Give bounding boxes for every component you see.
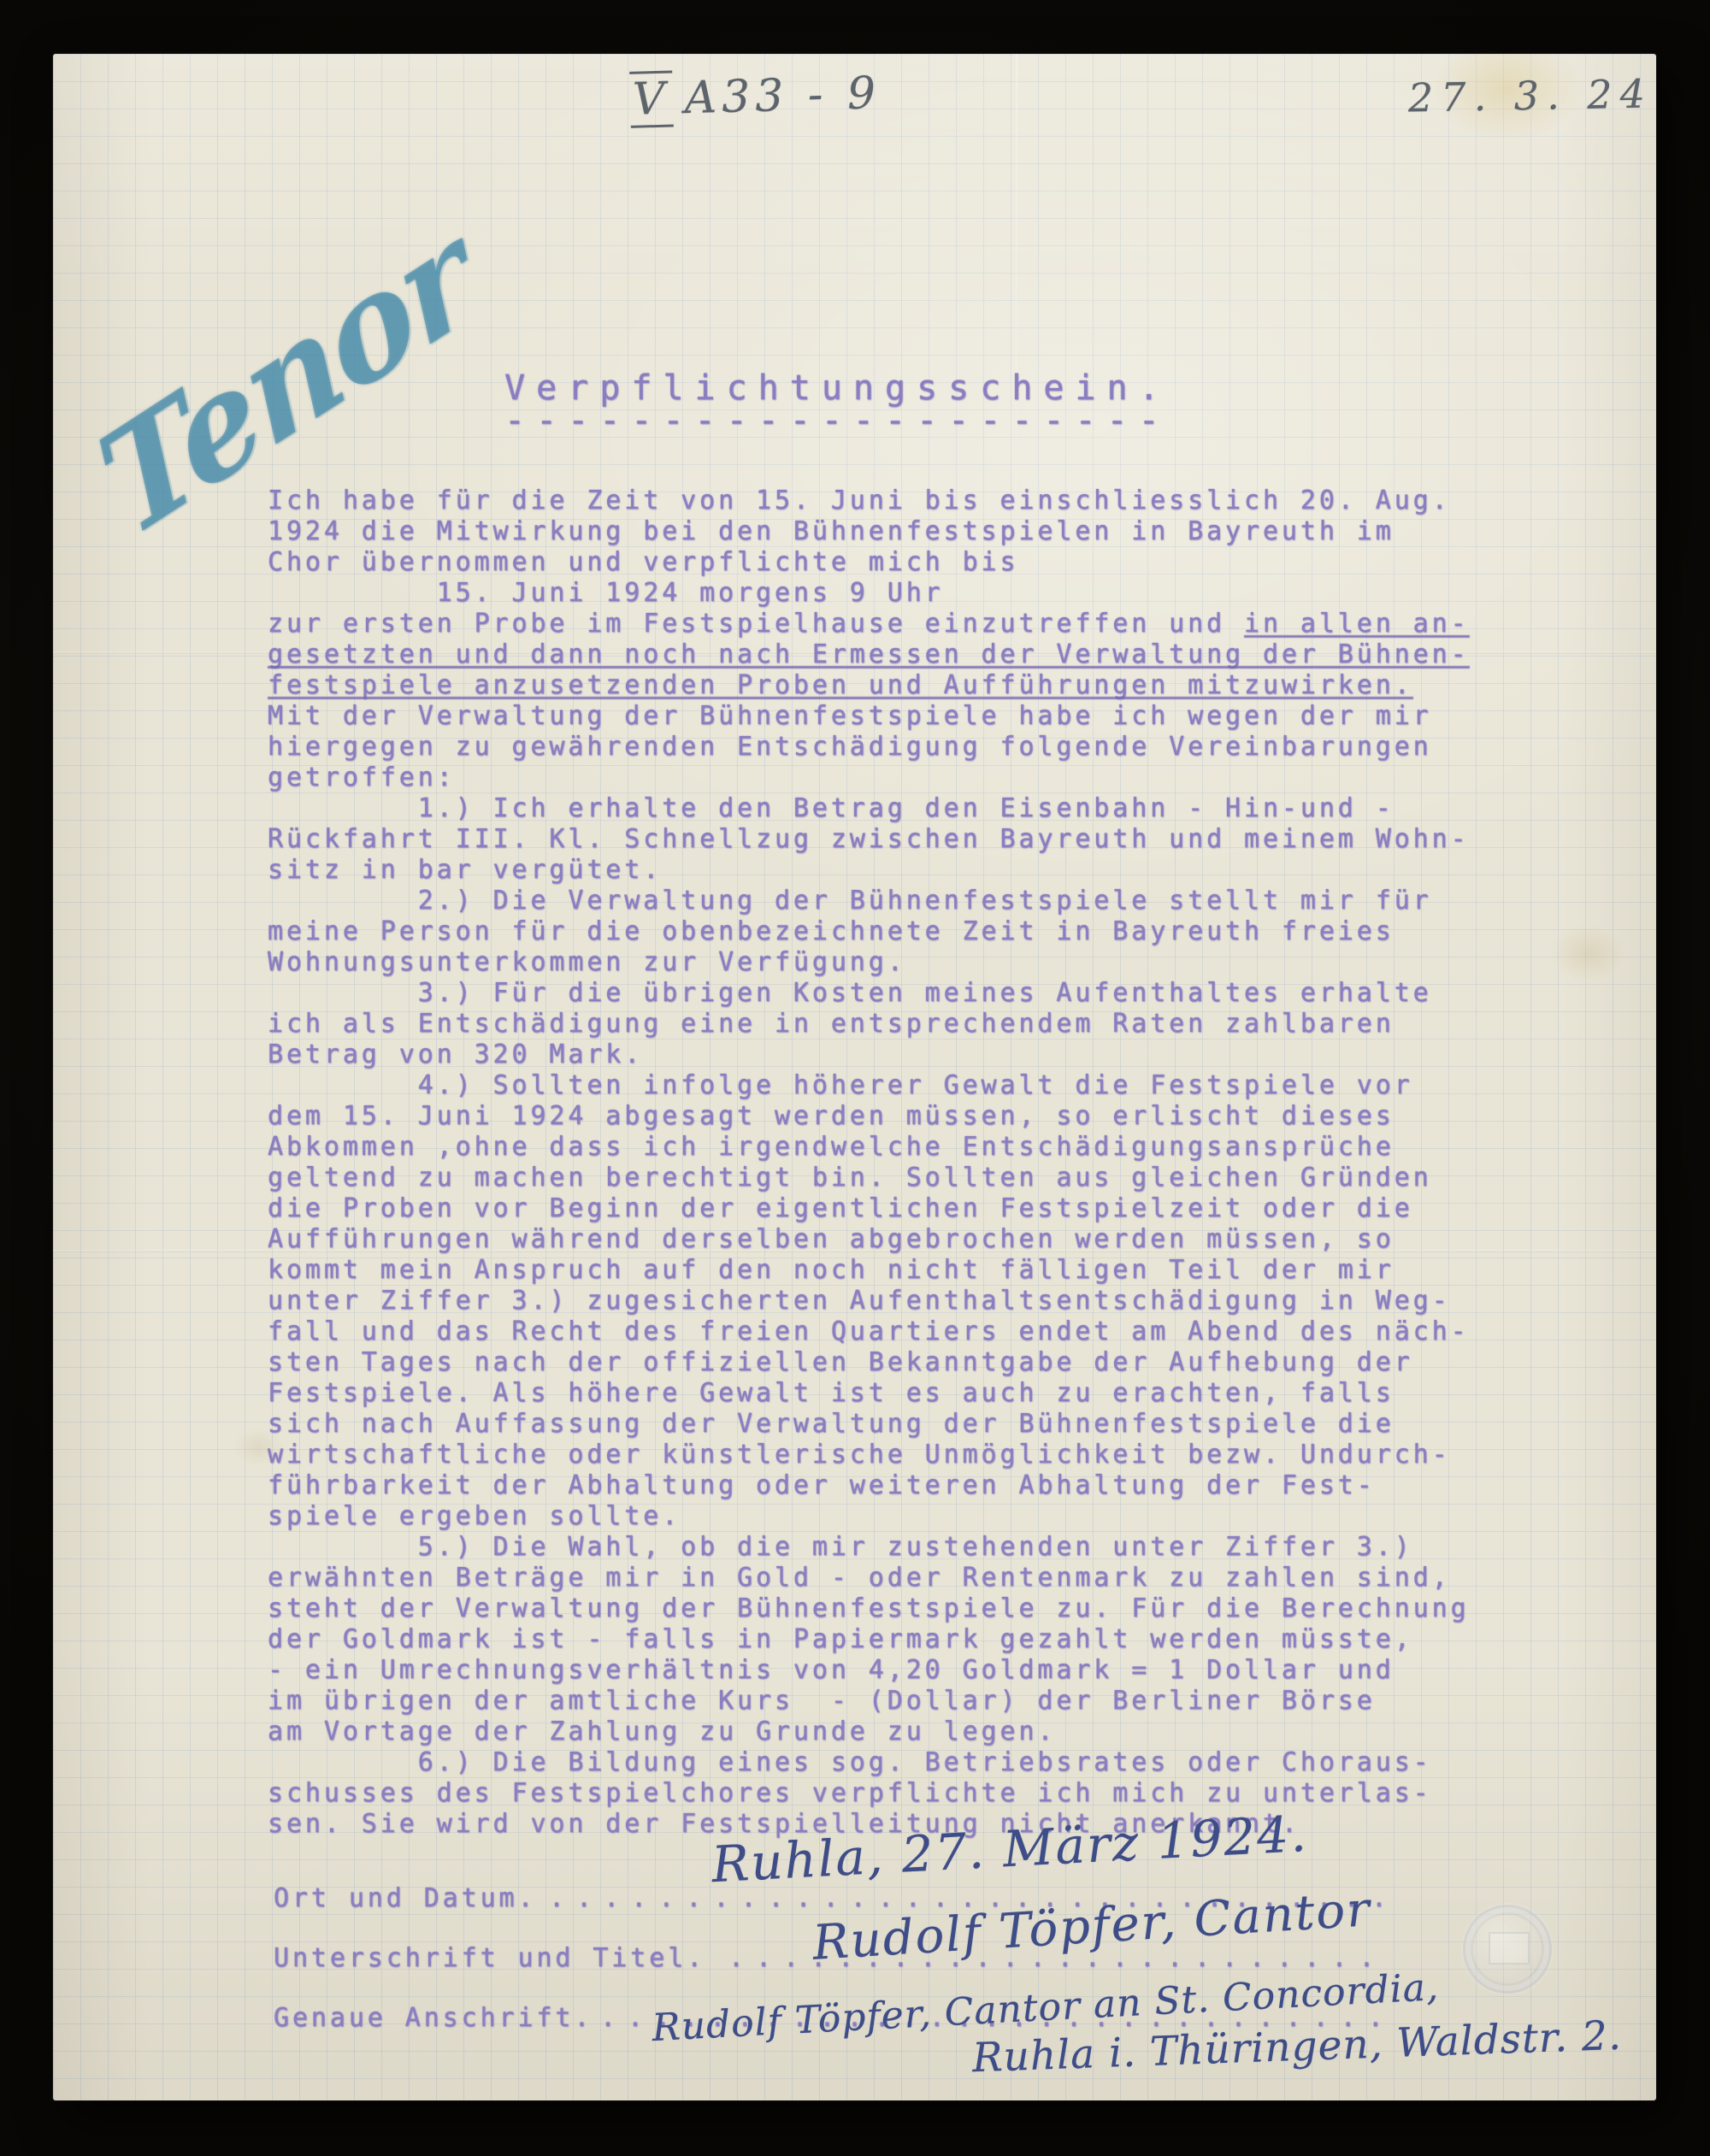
body-text-block: Ich habe für die Zeit von 15. Juni bis e… (268, 486, 1516, 1840)
archive-code: A33 - 9 (684, 68, 882, 124)
letter-paper-sheet: VA33 - 9 27. 3. 24 Tenor Verpflichtungss… (53, 54, 1656, 2100)
archive-reference-mark: VA33 - 9 (629, 68, 881, 126)
label-signature-and-title: Unterschrift und Titel. (274, 1943, 705, 1973)
roman-numeral-five: V (629, 71, 673, 128)
seal-building-emblem (1489, 1932, 1530, 1965)
photographed-document: VA33 - 9 27. 3. 24 Tenor Verpflichtungss… (0, 0, 1710, 2156)
pencil-date-note: 27. 3. 24 (1408, 71, 1654, 121)
label-place-and-date: Ort und Datum. (274, 1883, 536, 1913)
title-underline-dashes: --------------------- (504, 401, 1170, 440)
typed-underline (268, 697, 1413, 699)
typed-underline (1244, 635, 1470, 638)
embossed-round-seal-icon (1463, 1905, 1552, 1994)
label-exact-address: Genaue Anschrift. (274, 2003, 593, 2033)
typed-body-text: Ich habe für die Zeit von 15. Juni bis e… (268, 486, 1516, 1840)
typed-underline (268, 666, 1470, 669)
